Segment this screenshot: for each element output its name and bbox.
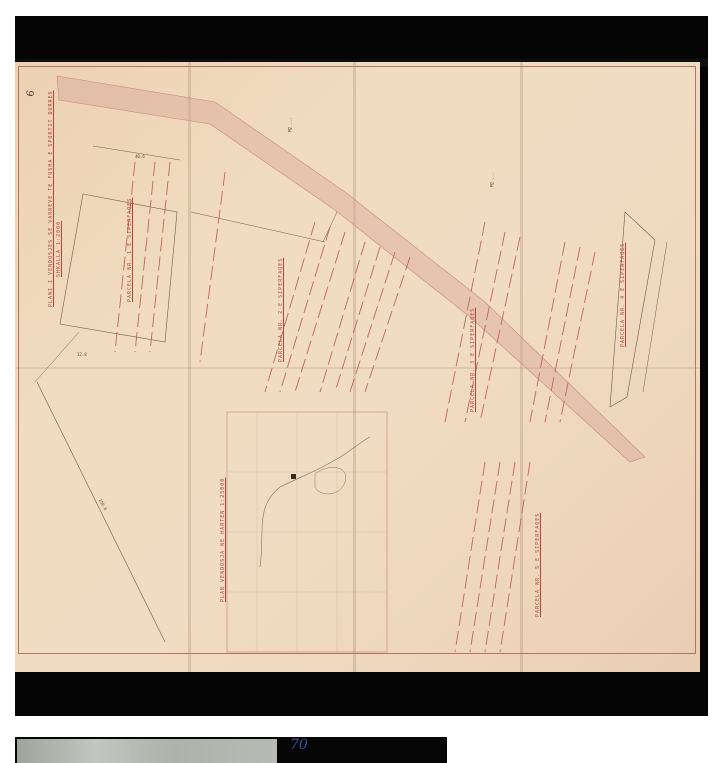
inset-title: PLAN VENDOSJA NE HARTEN 1:25000 xyxy=(220,478,226,602)
map-drawing xyxy=(15,62,700,672)
parcel-label: PARCELA NR. 4 E SIPERFAQES xyxy=(620,243,626,347)
map-title: PLANI I VENDOSJES SE VARREVE TE FUSHA E … xyxy=(48,90,54,307)
second-scan-paper xyxy=(17,739,277,763)
map-sheet: PLANI I VENDOSJES SE VARREVE TE FUSHA E … xyxy=(15,62,700,672)
map-scale: SHKALLA 1:2000 xyxy=(56,221,62,277)
inset-grid xyxy=(227,412,387,652)
inset-location-marker xyxy=(291,474,296,479)
dimension-label: 12.8 xyxy=(77,352,87,357)
area-note: M2 ... xyxy=(490,172,495,186)
survey-line xyxy=(37,382,165,642)
parcel-label: PARCELA NR. 2 E SIPERFAQES xyxy=(278,258,284,362)
parcel-label: PARCELA NR. 1 E SIPERFAQES xyxy=(127,198,133,302)
handwritten-note: 70 xyxy=(290,737,308,753)
dimension-label: 40.6 xyxy=(135,154,145,159)
inset-river xyxy=(260,437,370,567)
area-note: M2 ... xyxy=(288,117,293,131)
parcel-label: PARCELA NR. 3 E SIPERFAQES xyxy=(470,308,476,412)
road-band xyxy=(57,76,645,462)
parcel-label: PARCELA NR. 5 E SIPERFAQES xyxy=(535,513,541,617)
grave-rows xyxy=(115,162,595,652)
parcel-outline xyxy=(610,212,655,407)
